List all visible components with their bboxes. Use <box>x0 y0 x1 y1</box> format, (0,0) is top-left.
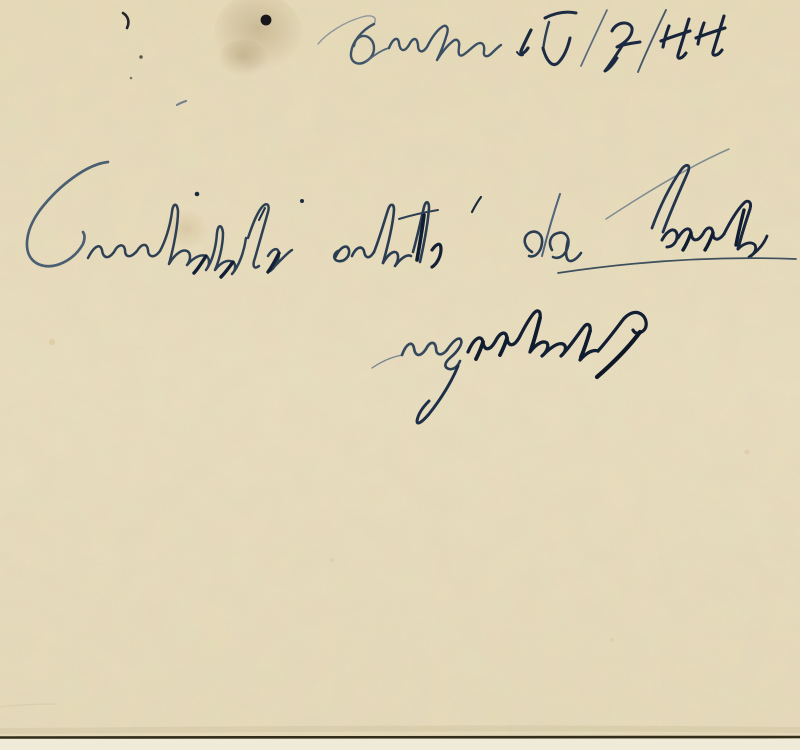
brown-stain-lobe <box>219 40 267 76</box>
i-dot <box>300 199 304 203</box>
ink-speck <box>130 77 133 80</box>
postcard-scan <box>0 0 800 750</box>
ink-blot <box>261 15 272 26</box>
paper-spot <box>610 638 614 642</box>
paper-grain-coarse <box>0 0 800 750</box>
scanned-postcard: Genova 15/2/44 Cordiali saluti da Zena (… <box>0 0 800 750</box>
edge-soft-shadow <box>0 728 800 731</box>
ink-speck <box>139 55 142 58</box>
i-dot <box>195 192 200 197</box>
paper-spot <box>49 339 55 345</box>
edge-dark-line <box>0 736 800 738</box>
below-edge-strip <box>0 739 800 750</box>
paper-spot <box>330 558 335 563</box>
paper-spot <box>744 449 749 454</box>
